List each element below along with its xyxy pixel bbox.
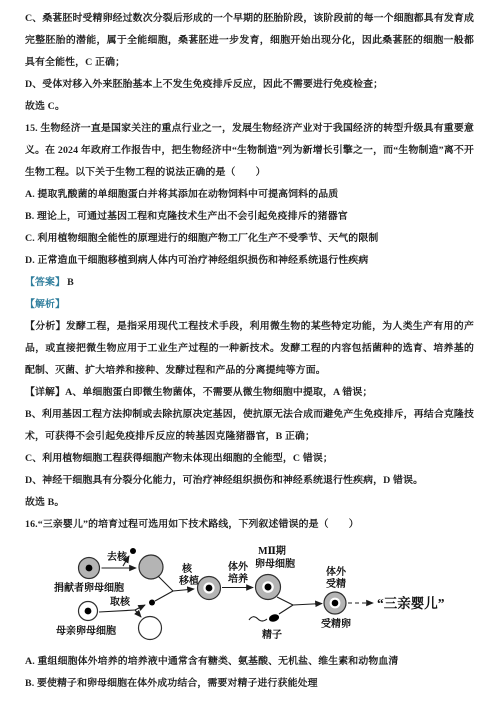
zygote-label: 受精卵 [321,617,351,630]
detail-option-d: D、神经干细胞具有分裂分化能力，可治疗神经组织损伤和神经系统退行性疾病，D 错误… [25,470,474,492]
invitro-culture-label-2: 培养 [228,572,248,585]
enucleated-oocyte-cell [139,555,163,579]
question-15-option-a: A. 提取乳酸菌的单细胞蛋白并将其添加在动物饲料中可提高饲料的品质 [25,184,474,206]
analysis-paragraph: 【分析】发酵工程，是指采用现代工程技术手段，利用微生物的某些特定功能，为人类生产… [25,316,474,382]
converge-line-bottom [155,591,173,601]
taken-nucleus-dot [149,600,155,606]
donor-oocyte-label: 捐献者卵母细胞 [54,581,124,594]
sperm-head [268,613,280,623]
document-body: C、桑葚胚时受精卵经过数次分裂后形成的一个早期的胚胎阶段，该阶段前的每一个细胞都… [0,0,499,695]
mii-phase-label: MⅡ期 [258,544,286,557]
nuclear-transplant-label-1: 核 [181,562,193,575]
question-15-stem: 15. 生物经济一直是国家关注的重点行业之一，发展生物经济产业对于我国经济的转型… [25,118,474,184]
jiexi-line: 【解析】 [25,294,474,316]
question-15-option-d: D. 正常造血干细胞移植到病人体内可治疗神经组织损伤和神经系统退行性疾病 [25,250,474,272]
answer-line: 【答案】B [25,272,474,294]
detail-option-a: 【详解】A、单细胞蛋白即微生物菌体，不需要从微生物细胞中提取，A 错误； [25,382,474,404]
question-15-option-b: B. 理论上，可通过基因工程和克隆技术生产出不会引起免疫排斥的猪器官 [25,206,474,228]
nuclear-transplant-arrow [173,589,194,591]
removed-nucleus-dot [130,548,136,554]
question-16-option-a: A. 重组细胞体外培养的培养液中通常含有糖类、氨基酸、无机盐、维生素和动物血清 [25,651,474,673]
three-parent-baby-diagram: 去核 捐献者卵母细胞 取核 母亲卵母细胞 核 [43,539,499,651]
explanation-14-option-d: D、受体对移入外来胚胎基本上不发生免疫排斥反应，因此不需要进行免疫检查； [25,74,474,96]
diagram-svg: 去核 捐献者卵母细胞 取核 母亲卵母细胞 核 [43,539,499,651]
invitro-fert-label-1: 体外 [326,565,347,578]
fert-converge-top [277,597,293,605]
three-parent-baby-label: “三亲婴儿” [377,595,445,611]
answer-value: B [65,277,74,288]
sperm-tail [249,617,267,621]
question-15-option-c: C. 利用植物细胞全能性的原理进行的细胞产物工厂化生产不受季节、天气的限制 [25,228,474,250]
detail-option-b: B、利用基因工程方法抑制或去除抗原决定基因，使抗原无法合成而避免产生免疫排斥，再… [25,404,474,448]
invitro-fert-label-2: 受精 [326,577,346,590]
invitro-culture-label-1: 体外 [228,560,249,573]
question-16-option-b: B. 要使精子和卵母细胞在体外成功结合，需要对精子进行获能处理 [25,673,474,695]
donor-oocyte-nucleus [86,565,93,572]
exam-answer-page: C、桑葚胚时受精卵经过数次分裂后形成的一个早期的胚胎阶段，该阶段前的每一个细胞都… [0,0,499,706]
mii-oocyte-nucleus [265,584,272,591]
discarded-cytoplasm-arrow [135,610,141,617]
detail-conclusion: 故选 B。 [25,492,474,514]
remove-nucleus-label: 去核 [107,550,128,563]
discarded-cytoplasm-cell [139,617,162,640]
take-nucleus-line [99,610,135,612]
detail-option-c: C、利用植物细胞工程获得细胞产物未体现出细胞的全能型，C 错误； [25,448,474,470]
nuclear-transplant-label-2: 移植 [178,574,199,587]
mii-oocyte-label: 卵母细胞 [255,557,295,570]
explanation-14-option-c: C、桑葚胚时受精卵经过数次分裂后形成的一个早期的胚胎阶段，该阶段前的每一个细胞都… [25,8,474,74]
sperm-label: 精子 [261,628,282,641]
question-16-stem: 16.“三亲婴儿”的培育过程可选用如下技术路线，下列叙述错误的是（ ） [25,514,474,536]
recombinant-cell-nucleus [206,585,213,592]
take-nucleus-label: 取核 [110,595,131,608]
converge-line-top [158,576,173,591]
zygote-nucleus [332,600,339,607]
taken-nucleus-arrow [135,605,145,610]
explanation-14-conclusion: 故选 C。 [25,96,474,118]
mother-oocyte-label: 母亲卵母细胞 [56,624,116,637]
mother-oocyte-nucleus [85,608,92,615]
fert-converge-bottom [279,605,293,614]
fertilization-arrow [293,604,322,606]
answer-label: 【答案】 [25,277,65,288]
jiexi-label: 【解析】 [25,299,65,310]
